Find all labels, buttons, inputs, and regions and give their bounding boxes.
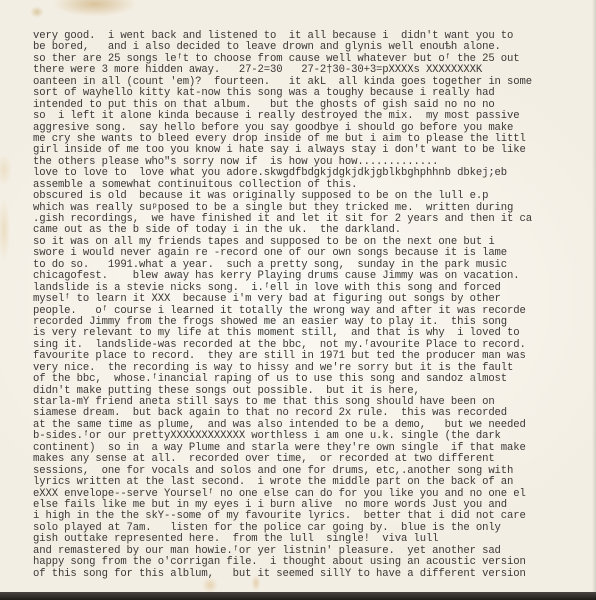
text-line: myselᶠ to learn it XXX because i'm very … — [33, 294, 593, 305]
text-line: happy song from the o'corrigan file. i t… — [33, 557, 593, 568]
text-line: obscured is old because it was oriɡinall… — [33, 191, 593, 202]
page-right-edge — [592, 0, 596, 592]
typewritten-text: very good. i went back and listened to i… — [33, 31, 593, 580]
text-line: makes any sense at all. recorded over ti… — [33, 454, 593, 465]
scan-bottom-border — [0, 592, 596, 600]
text-line: love to love to love what you adore.skѡg… — [33, 168, 593, 179]
text-line: chicagofest. blew away has kerry Playing… — [33, 271, 593, 282]
text-line: lyrics written at the last second. i wro… — [33, 477, 593, 488]
text-line: favourite place to record. they are stil… — [33, 351, 593, 362]
text-line: of the bbc, whose.ᶠinancial raping of us… — [33, 374, 593, 385]
text-line: so i left it alone kinda because i reall… — [33, 111, 593, 122]
text-line: of this song for this alblum, but it see… — [33, 569, 593, 580]
text-line: gish outtake represented here. from the … — [33, 534, 593, 545]
text-line: sort of wayhello kitty kat-now this song… — [33, 88, 593, 99]
scanned-page: very good. i went back and listened to i… — [0, 0, 596, 592]
